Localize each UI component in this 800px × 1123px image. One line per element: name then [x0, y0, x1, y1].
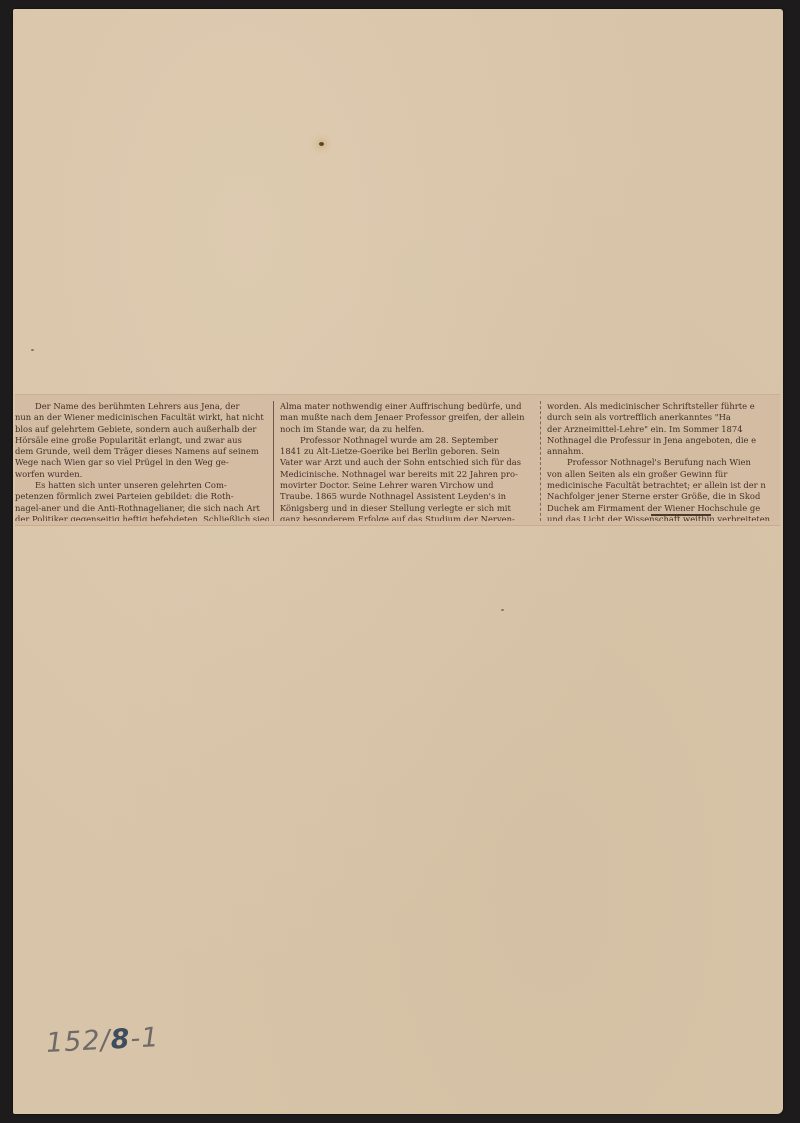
- text-line: movirter Doctor. Seine Lehrer waren Virc…: [280, 480, 536, 491]
- text-line: Professor Nothnagel wurde am 28. Septemb…: [280, 435, 536, 446]
- text-line: Der Name des berühmten Lehrers aus Jena,…: [15, 401, 269, 412]
- text-line: von allen Seiten als ein großer Gewinn f…: [547, 469, 776, 480]
- text-line: Traube. 1865 wurde Nothnagel Assistent L…: [280, 491, 536, 502]
- text-line: durch sein als vortrefflich anerkanntes …: [547, 412, 776, 423]
- text-line: nagel-aner und die Anti-Rothnagelianer, …: [15, 503, 269, 514]
- archive-number-suffix: -1: [130, 1022, 161, 1054]
- text-line: worfen wurden.: [15, 469, 269, 480]
- clipping-column-2: Alma mater nothwendig einer Auffrischung…: [273, 401, 540, 521]
- paper-speck: [31, 349, 34, 351]
- archive-number-prefix: 152/: [45, 1025, 111, 1059]
- text-line: Vater war Arzt und auch der Sohn entschi…: [280, 457, 536, 468]
- text-line: der Politiker gegenseitig heftig befehde…: [15, 514, 269, 521]
- text-line: Wege nach Wien gar so viel Prügel in den…: [15, 457, 269, 468]
- text-line: Es hatten sich unter unseren gelehrten C…: [15, 480, 269, 491]
- text-line: Medicinische. Nothnagel war bereits mit …: [280, 469, 536, 480]
- text-line: worden. Als medicinischer Schriftsteller…: [547, 401, 776, 412]
- paper-speck: [501, 609, 504, 611]
- text-line: man mußte nach dem Jenaer Professor grei…: [280, 412, 536, 423]
- text-line: medicinische Facultät betrachtet; er all…: [547, 480, 776, 491]
- text-line: ganz besonderem Erfolge auf das Studium …: [280, 514, 536, 521]
- text-line: 1841 zu Alt-Lietze-Goerike bei Berlin ge…: [280, 446, 536, 457]
- text-line: Nothnagel die Professur in Jena angebote…: [547, 435, 776, 446]
- text-line: Professor Nothnagel's Berufung nach Wien: [547, 457, 776, 468]
- clipping-column-3: worden. Als medicinischer Schriftsteller…: [540, 401, 780, 521]
- archive-sheet: [13, 9, 783, 1114]
- newspaper-clipping: Der Name des berühmten Lehrers aus Jena,…: [15, 394, 780, 526]
- handwritten-archive-number: 152/8-1: [45, 1022, 160, 1059]
- text-line: Duchek am Firmament der Wiener Hochschul…: [547, 503, 776, 514]
- text-line: Alma mater nothwendig einer Auffrischung…: [280, 401, 536, 412]
- archive-number-strong: 8: [110, 1024, 131, 1056]
- text-line: petenzen förmlich zwei Parteien gebildet…: [15, 491, 269, 502]
- end-rule-divider: [651, 514, 711, 516]
- text-line: Nachfolger jener Sterne erster Größe, di…: [547, 491, 776, 502]
- text-line: der Arzneimittel-Lehre" ein. Im Sommer 1…: [547, 424, 776, 435]
- paper-stain: [319, 142, 324, 146]
- text-line: dem Grunde, weil dem Träger dieses Namen…: [15, 446, 269, 457]
- text-line: nun an der Wiener medicinischen Facultät…: [15, 412, 269, 423]
- text-line: Königsberg und in dieser Stellung verleg…: [280, 503, 536, 514]
- text-line: blos auf gelehrtem Gebiete, sondern auch…: [15, 424, 269, 435]
- text-line: Hörsäle eine große Popularität erlangt, …: [15, 435, 269, 446]
- text-line: noch im Stande war, da zu helfen.: [280, 424, 536, 435]
- clipping-column-1: Der Name des berühmten Lehrers aus Jena,…: [15, 401, 273, 521]
- text-line: annahm.: [547, 446, 776, 457]
